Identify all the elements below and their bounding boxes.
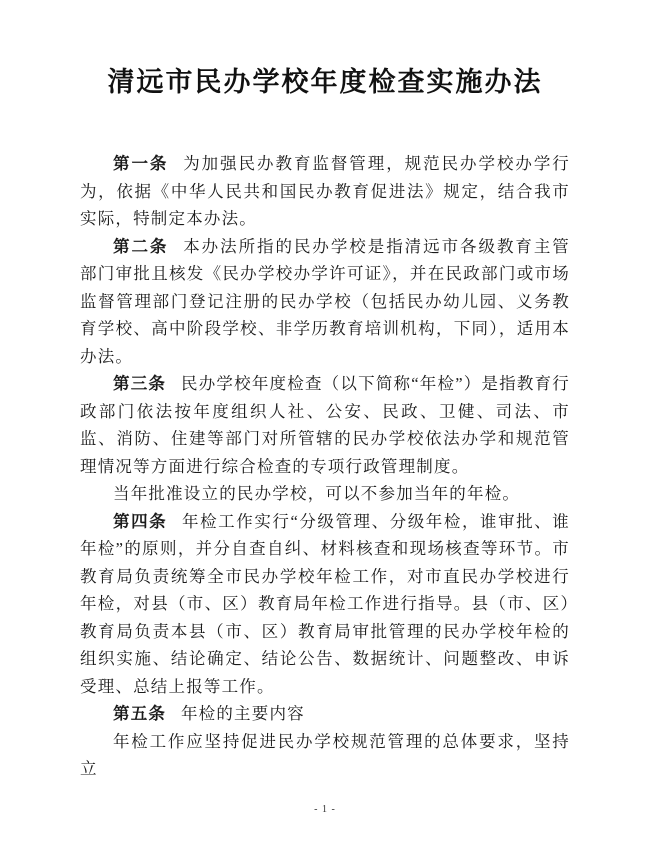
page-number: - 1 - [0,804,650,815]
article-4-label: 第四条 [113,512,167,531]
paragraph-article-5: 第五条年检的主要内容 [80,700,570,728]
paragraph-article-2: 第二条本办法所指的民办学校是指清远市各级教育主管部门审批且核发《民办学校办学许可… [80,233,570,371]
paragraph-article-5-cont: 年检工作应坚持促进民办学校规范管理的总体要求，坚持立 [80,728,570,783]
document-body: 第一条为加强民办教育监督管理，规范民办学校办学行为，依据《中华人民共和国民办教育… [80,150,570,783]
article-2-label: 第二条 [113,237,168,256]
paragraph-article-3-cont: 当年批准设立的民办学校，可以不参加当年的年检。 [80,480,570,508]
article-3-label: 第三条 [113,374,166,393]
page-title: 清远市民办学校年度检查实施办法 [0,0,650,100]
document-page: 清远市民办学校年度检查实施办法 第一条为加强民办教育监督管理，规范民办学校办学行… [0,0,650,843]
paragraph-article-3: 第三条民办学校年度检查（以下简称“年检”）是指教育行政部门依法按年度组织人社、公… [80,370,570,480]
paragraph-text: 当年批准设立的民办学校，可以不参加当年的年检。 [113,484,520,503]
paragraph-text: 年检工作应坚持促进民办学校规范管理的总体要求，坚持立 [80,732,570,779]
paragraph-text: 年检的主要内容 [181,704,305,723]
article-1-label: 第一条 [113,154,168,173]
paragraph-article-4: 第四条年检工作实行“分级管理、分级年检，谁审批、谁年检”的原则，并分自查自纠、材… [80,508,570,701]
article-5-label: 第五条 [113,704,166,723]
paragraph-text: 年检工作实行“分级管理、分级年检，谁审批、谁年检”的原则，并分自查自纠、材料核查… [80,512,570,696]
paragraph-article-1: 第一条为加强民办教育监督管理，规范民办学校办学行为，依据《中华人民共和国民办教育… [80,150,570,233]
